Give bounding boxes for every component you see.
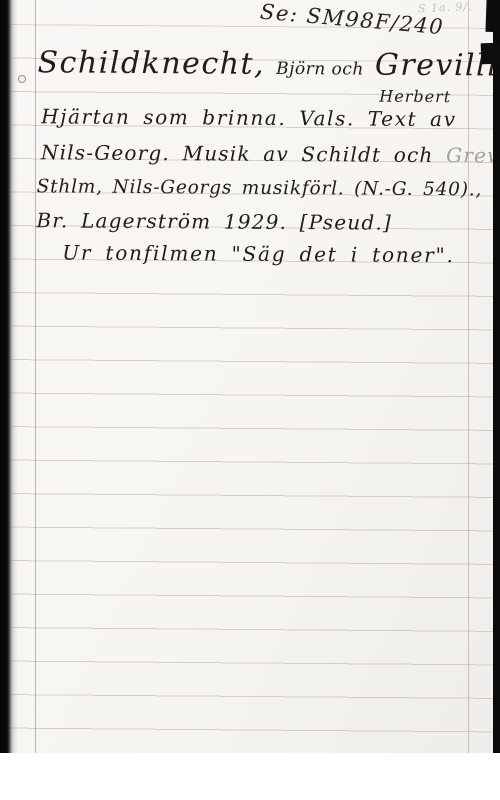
credits-line: Nils-Georg. Musik av Schildt och Grews. bbox=[41, 141, 500, 166]
scanner-edge-artifact bbox=[481, 43, 500, 65]
punch-hole-mark bbox=[18, 75, 26, 83]
heading-inserted-forename: Herbert bbox=[379, 88, 451, 106]
scanner-edge-right bbox=[493, 0, 500, 753]
scanner-edge-left bbox=[0, 0, 18, 753]
background-below-scan bbox=[0, 753, 500, 800]
scanner-edge-right-top bbox=[485, 0, 500, 32]
credits-ink-text: Nils-Georg. Musik av Schildt och bbox=[41, 140, 434, 167]
heading-connector: Björn och bbox=[276, 59, 364, 80]
title-line: Hjärtan som brinna. Vals. Text av bbox=[41, 105, 456, 130]
imprint-line: Sthlm, Nils-Georgs musikförl. (N.-G. 540… bbox=[37, 177, 500, 201]
right-margin-rule bbox=[468, 0, 469, 753]
printer-line: Br. Lagerström 1929. [Pseud.] bbox=[36, 209, 392, 233]
card-heading: Schildknecht, Björn och Grevillius bbox=[37, 46, 500, 82]
left-margin-rule bbox=[35, 0, 36, 753]
heading-surname-1: Schildknecht, bbox=[37, 45, 265, 82]
scanned-catalog-card: S 1a. 9/. Se: SM98F/240 Schildknecht, Bj… bbox=[0, 0, 500, 753]
credits-pencil-word: Grews. bbox=[446, 143, 500, 168]
film-note-line: Ur tonfilmen "Säg det i toner". bbox=[62, 241, 455, 266]
ruled-lines bbox=[0, 24, 500, 748]
